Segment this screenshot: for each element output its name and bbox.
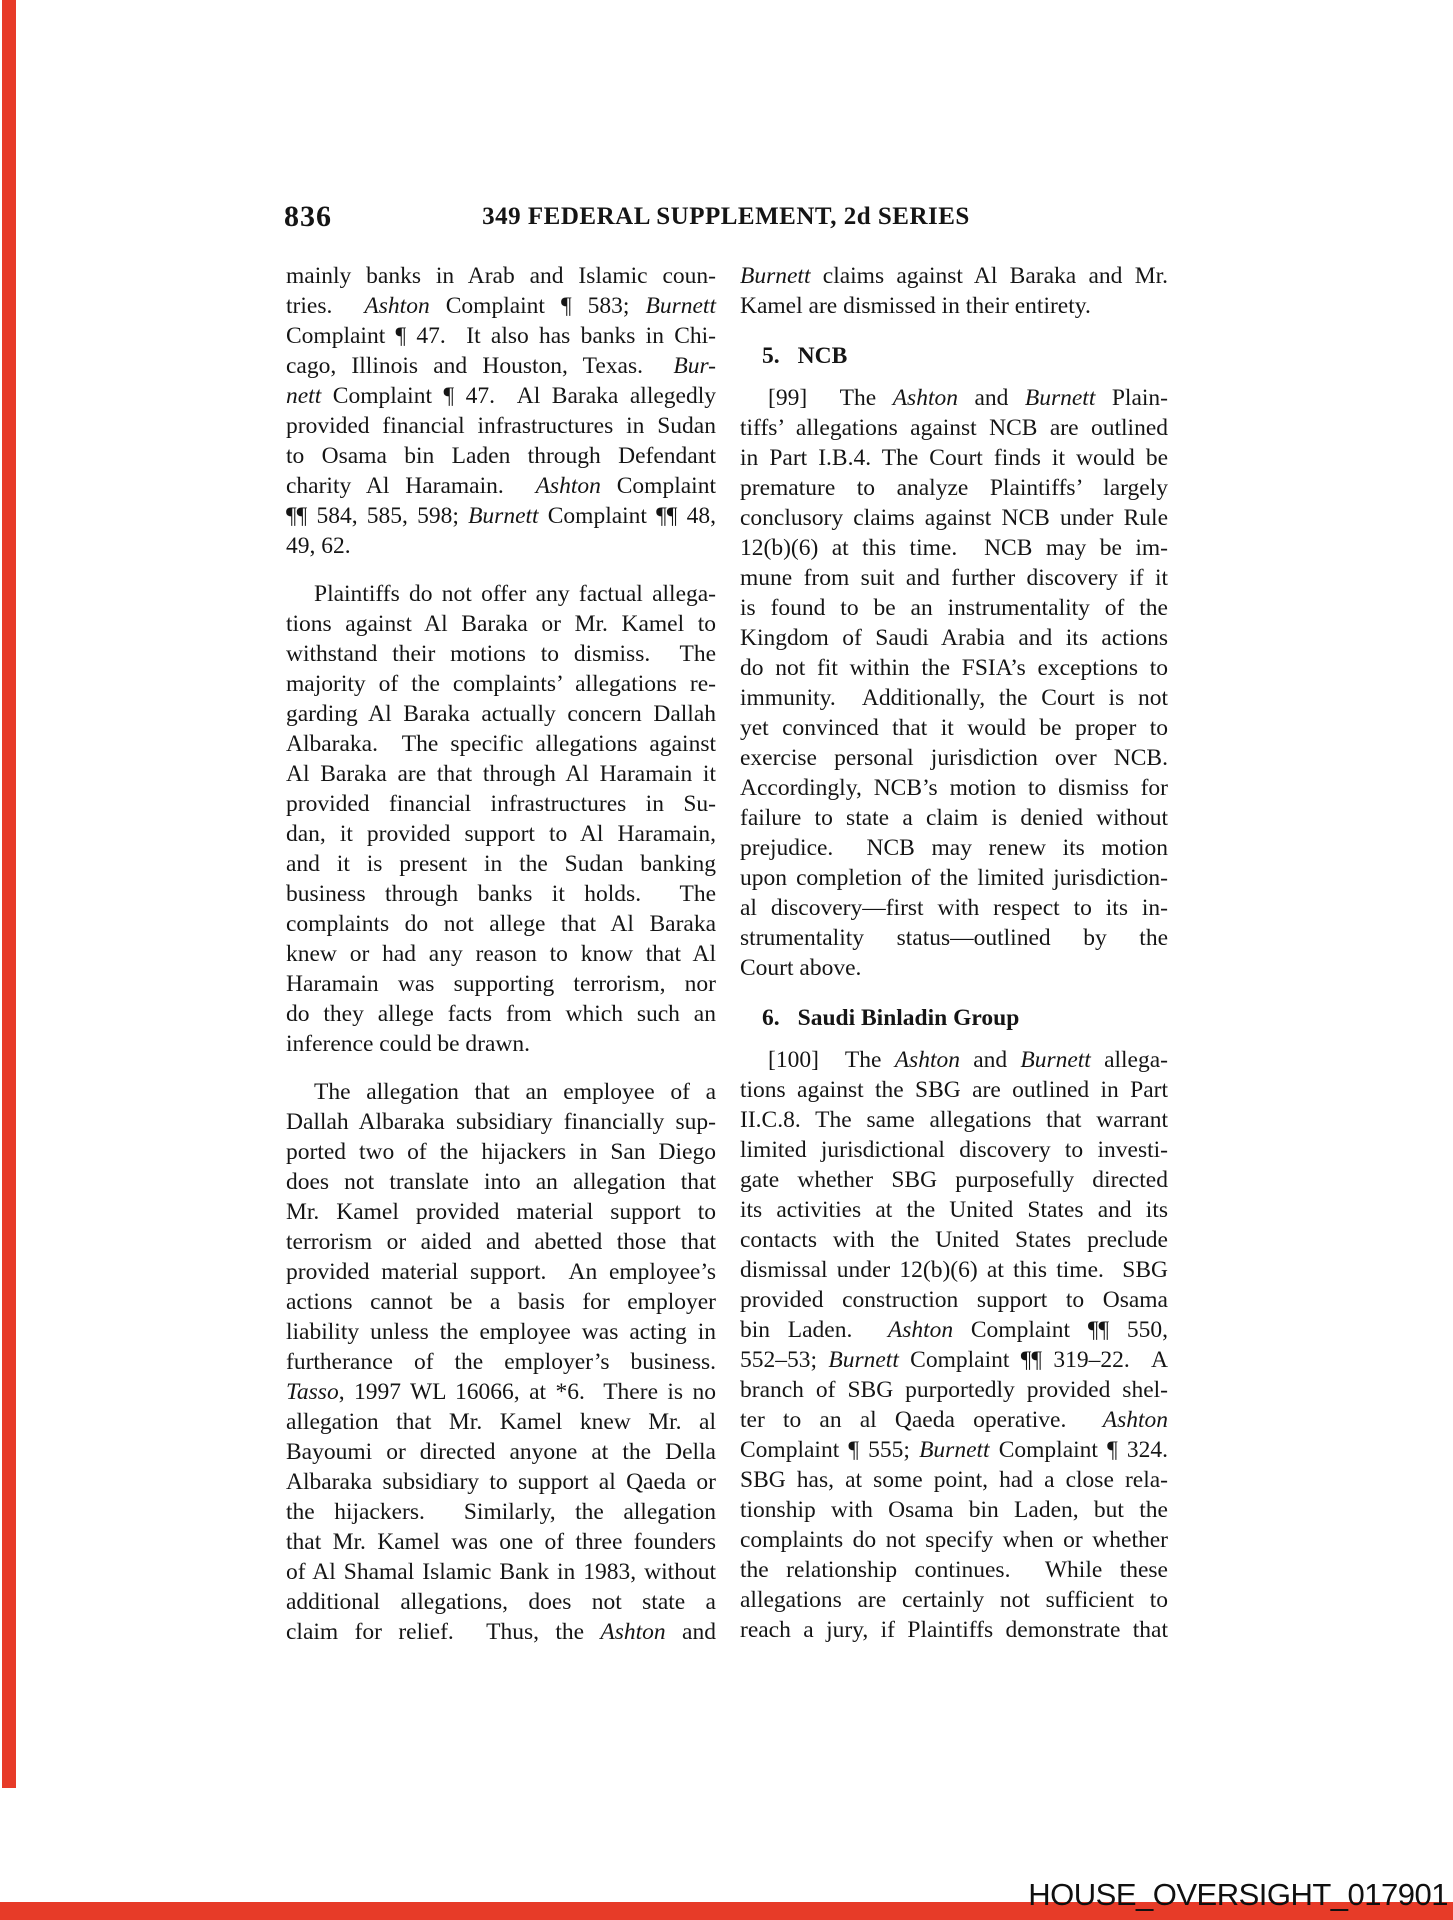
text-line: mainly banks in Arab and Islamic coun- [286,261,716,291]
text-line: claim for relief. Thus, the Ashton and [286,1617,716,1647]
text-line: Kamel are dismissed in their entirety. [740,291,1168,321]
text-line: ¶¶ 584, 585, 598; Burnett Complaint ¶¶ 4… [286,501,716,531]
text-line: II.C.8. The same allegations that warran… [740,1105,1168,1135]
text-line: knew or had any reason to know that Al [286,939,716,969]
text-line: Kingdom of Saudi Arabia and its actions [740,623,1168,653]
text-line: do they allege facts from which such an [286,999,716,1029]
text-line: strumentality status—outlined by the [740,923,1168,953]
text-line: inference could be drawn. [286,1029,716,1059]
text-line: SBG has, at some point, had a close rela… [740,1465,1168,1495]
text-line: cago, Illinois and Houston, Texas. Bur- [286,351,716,381]
heading-number: 5. [762,343,780,369]
text-line: mune from suit and further discovery if … [740,563,1168,593]
text-line: tionship with Osama bin Laden, but the [740,1495,1168,1525]
text-line: limited jurisdictional discovery to inve… [740,1135,1168,1165]
text-line: tries. Ashton Complaint ¶ 583; Burnett [286,291,716,321]
text-line: nett Complaint ¶ 47. Al Baraka allegedly [286,381,716,411]
text-line: to Osama bin Laden through Defendant [286,441,716,471]
section-heading: 6.Saudi Binladin Group [740,1003,1168,1033]
text-line: upon completion of the limited jurisdict… [740,863,1168,893]
text-line: is found to be an instrumentality of the [740,593,1168,623]
text-line: does not translate into an allegation th… [286,1167,716,1197]
paragraph: The allegation that an employee of aDall… [286,1077,716,1647]
text-line: tiffs’ allegations against NCB are outli… [740,413,1168,443]
text-line: Plaintiffs do not offer any factual alle… [286,579,716,609]
heading-title: Saudi Binladin Group [798,1005,1020,1031]
left-margin-bar [2,0,16,1788]
text-line: prejudice. NCB may renew its motion [740,833,1168,863]
text-line: the relationship continues. While these [740,1555,1168,1585]
text-line: allegation that Mr. Kamel knew Mr. al [286,1407,716,1437]
text-line: dismissal under 12(b)(6) at this time. S… [740,1255,1168,1285]
text-line: 49, 62. [286,531,716,561]
paragraph: [100] The Ashton and Burnett allega-tion… [740,1045,1168,1645]
document-page: 836 349 FEDERAL SUPPLEMENT, 2d SERIES ma… [0,0,1453,1920]
text-line: exercise personal jurisdiction over NCB. [740,743,1168,773]
text-line: garding Al Baraka actually concern Dalla… [286,699,716,729]
text-line: Albaraka. The specific allegations again… [286,729,716,759]
text-line: do not fit within the FSIA’s exceptions … [740,653,1168,683]
text-line: tions against the SBG are outlined in Pa… [740,1075,1168,1105]
text-line: that Mr. Kamel was one of three founders [286,1527,716,1557]
paragraph: mainly banks in Arab and Islamic coun-tr… [286,261,716,561]
text-line: 12(b)(6) at this time. NCB may be im- [740,533,1168,563]
text-line: Court above. [740,953,1168,983]
text-line: Al Baraka are that through Al Haramain i… [286,759,716,789]
text-line: complaints do not specify when or whethe… [740,1525,1168,1555]
text-line: dan, it provided support to Al Haramain, [286,819,716,849]
left-column: mainly banks in Arab and Islamic coun-tr… [286,261,716,1647]
paragraph: Burnett claims against Al Baraka and Mr.… [740,261,1168,321]
text-line: Tasso, 1997 WL 16066, at *6. There is no [286,1377,716,1407]
section-heading: 5.NCB [740,341,1168,371]
text-line: liability unless the employee was acting… [286,1317,716,1347]
heading-title: NCB [798,343,848,369]
text-line: reach a jury, if Plaintiffs demonstrate … [740,1615,1168,1645]
right-column: Burnett claims against Al Baraka and Mr.… [740,261,1168,1645]
text-line: failure to state a claim is denied witho… [740,803,1168,833]
running-header: 349 FEDERAL SUPPLEMENT, 2d SERIES [286,202,1166,232]
text-line: provided construction support to Osama [740,1285,1168,1315]
text-line: gate whether SBG purposefully directed [740,1165,1168,1195]
heading-number: 6. [762,1005,780,1031]
text-line: majority of the complaints’ allegations … [286,669,716,699]
text-line: premature to analyze Plaintiffs’ largely [740,473,1168,503]
text-line: and it is present in the Sudan banking [286,849,716,879]
text-line: [100] The Ashton and Burnett allega- [740,1045,1168,1075]
text-line: Complaint ¶ 555; Burnett Complaint ¶ 324… [740,1435,1168,1465]
text-line: business through banks it holds. The [286,879,716,909]
bates-number-watermark: HOUSE_OVERSIGHT_017901 [1028,1878,1448,1912]
text-line: its activities at the United States and … [740,1195,1168,1225]
text-line: charity Al Haramain. Ashton Complaint [286,471,716,501]
text-line: yet convinced that it would be proper to [740,713,1168,743]
text-line: branch of SBG purportedly provided shel- [740,1375,1168,1405]
text-line: [99] The Ashton and Burnett Plain- [740,383,1168,413]
text-line: Albaraka subsidiary to support al Qaeda … [286,1467,716,1497]
text-line: in Part I.B.4. The Court finds it would … [740,443,1168,473]
text-line: actions cannot be a basis for employer [286,1287,716,1317]
text-line: additional allegations, does not state a [286,1587,716,1617]
text-line: ter to an al Qaeda operative. Ashton [740,1405,1168,1435]
text-line: Bayoumi or directed anyone at the Della [286,1437,716,1467]
text-line: al discovery—first with respect to its i… [740,893,1168,923]
text-line: The allegation that an employee of a [286,1077,716,1107]
text-line: provided material support. An employee’s [286,1257,716,1287]
text-line: complaints do not allege that Al Baraka [286,909,716,939]
text-line: provided financial infrastructures in Su… [286,411,716,441]
text-line: withstand their motions to dismiss. The [286,639,716,669]
text-line: 552–53; Burnett Complaint ¶¶ 319–22. A [740,1345,1168,1375]
text-line: conclusory claims against NCB under Rule [740,503,1168,533]
text-line: tions against Al Baraka or Mr. Kamel to [286,609,716,639]
text-line: Accordingly, NCB’s motion to dismiss for [740,773,1168,803]
paragraph: [99] The Ashton and Burnett Plain-tiffs’… [740,383,1168,983]
text-line: Burnett claims against Al Baraka and Mr. [740,261,1168,291]
text-line: terrorism or aided and abetted those tha… [286,1227,716,1257]
text-line: Dallah Albaraka subsidiary financially s… [286,1107,716,1137]
text-line: Haramain was supporting terrorism, nor [286,969,716,999]
text-line: ported two of the hijackers in San Diego [286,1137,716,1167]
text-line: of Al Shamal Islamic Bank in 1983, witho… [286,1557,716,1587]
text-line: Complaint ¶ 47. It also has banks in Chi… [286,321,716,351]
text-line: provided financial infrastructures in Su… [286,789,716,819]
text-line: contacts with the United States preclude [740,1225,1168,1255]
text-line: Mr. Kamel provided material support to [286,1197,716,1227]
text-line: the hijackers. Similarly, the allegation [286,1497,716,1527]
text-line: immunity. Additionally, the Court is not [740,683,1168,713]
text-line: furtherance of the employer’s business. [286,1347,716,1377]
text-line: allegations are certainly not sufficient… [740,1585,1168,1615]
text-line: bin Laden. Ashton Complaint ¶¶ 550, [740,1315,1168,1345]
paragraph: Plaintiffs do not offer any factual alle… [286,579,716,1059]
